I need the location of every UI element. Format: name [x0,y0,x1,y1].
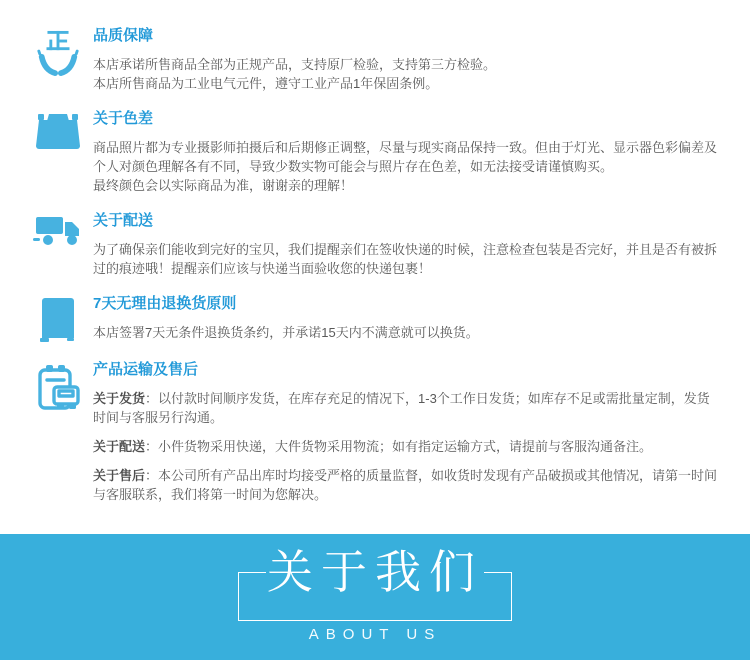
aftersale-label: 关于售后 [93,468,145,483]
section-delivery: 关于配送 为了确保亲们能收到完好的宝贝，我们提醒亲们在签收快递的时候，注意检查包… [22,211,720,278]
delivery-method-paragraph: 关于配送：小件货物采用快递，大件货物采用物流；如有指定运输方式，请提前与客服沟通… [93,437,720,456]
section-line: 本店所售商品为工业电气元件，遵守工业产品1年保固条例。 [93,74,720,93]
section-line: 本店签署7天无条件退换货条约，并承诺15天内不满意就可以换货。 [93,323,720,342]
shipping-paragraph: 关于发货：以付款时间顺序发货，在库存充足的情况下，1-3个工作日发货；如库存不足… [93,389,720,427]
camera-icon [22,109,93,153]
section-title: 关于配送 [93,211,720,231]
delivery-method-label: 关于配送 [93,439,145,454]
section-quality: 品质保障 本店承诺所售商品全部为正规产品，支持原厂检验，支持第三方检验。 本店所… [22,26,720,93]
section-color-difference: 关于色差 商品照片都为专业摄影师拍摄后和后期修正调整，尽量与现实商品保持一致。但… [22,109,720,195]
service-sections: 品质保障 本店承诺所售商品全部为正规产品，支持原厂检验，支持第三方检验。 本店所… [0,0,750,534]
package-icon [22,294,93,344]
aftersale-text: ：本公司所有产品出库时均接受严格的质量监督，如收货时发现有产品破损或其他情况，请… [93,468,717,502]
clipboard-truck-icon [22,360,93,414]
section-line: 本店承诺所售商品全部为正规产品，支持原厂检验，支持第三方检验。 [93,55,720,74]
section-color-difference-text: 关于色差 商品照片都为专业摄影师拍摄后和后期修正调整，尽量与现实商品保持一致。但… [93,109,720,195]
about-us-banner: 关于我们 ABOUT US [0,534,750,660]
section-return-policy-text: 7天无理由退换货原则 本店签署7天无条件退换货条约，并承诺15天内不满意就可以换… [93,294,720,342]
section-line: 商品照片都为专业摄影师拍摄后和后期修正调整，尽量与现实商品保持一致。但由于灯光、… [93,138,720,176]
banner-frame: 关于我们 [238,572,512,621]
banner-title: 关于我们 [267,549,483,595]
shipping-text: ：以付款时间顺序发货，在库存充足的情况下，1-3个工作日发货；如库存不足或需批量… [93,391,710,425]
section-title: 产品运输及售后 [93,360,720,380]
section-shipping-aftersale-text: 产品运输及售后 关于发货：以付款时间顺序发货，在库存充足的情况下，1-3个工作日… [93,360,720,514]
shipping-label: 关于发货 [93,391,145,406]
delivery-method-text: ：小件货物采用快递，大件货物采用物流；如有指定运输方式，请提前与客服沟通备注。 [145,439,652,454]
section-line: 最终颜色会以实际商品为准，谢谢亲的理解！ [93,176,720,195]
aftersale-paragraph: 关于售后：本公司所有产品出库时均接受严格的质量监督，如收货时发现有产品破损或其他… [93,466,720,504]
section-shipping-aftersale: 产品运输及售后 关于发货：以付款时间顺序发货，在库存充足的情况下，1-3个工作日… [22,360,720,514]
section-title: 品质保障 [93,26,720,46]
section-quality-text: 品质保障 本店承诺所售商品全部为正规产品，支持原厂检验，支持第三方检验。 本店所… [93,26,720,93]
delivery-truck-icon [22,211,93,251]
banner-subtitle: ABOUT US [309,626,441,643]
hands-holding-zheng-icon [22,26,93,78]
section-return-policy: 7天无理由退换货原则 本店签署7天无条件退换货条约，并承诺15天内不满意就可以换… [22,294,720,344]
section-title: 7天无理由退换货原则 [93,294,720,314]
section-delivery-text: 关于配送 为了确保亲们能收到完好的宝贝，我们提醒亲们在签收快递的时候，注意检查包… [93,211,720,278]
section-line: 为了确保亲们能收到完好的宝贝，我们提醒亲们在签收快递的时候，注意检查包装是否完好… [93,240,720,278]
section-title: 关于色差 [93,109,720,129]
service-info-page: 品质保障 本店承诺所售商品全部为正规产品，支持原厂检验，支持第三方检验。 本店所… [0,0,750,671]
